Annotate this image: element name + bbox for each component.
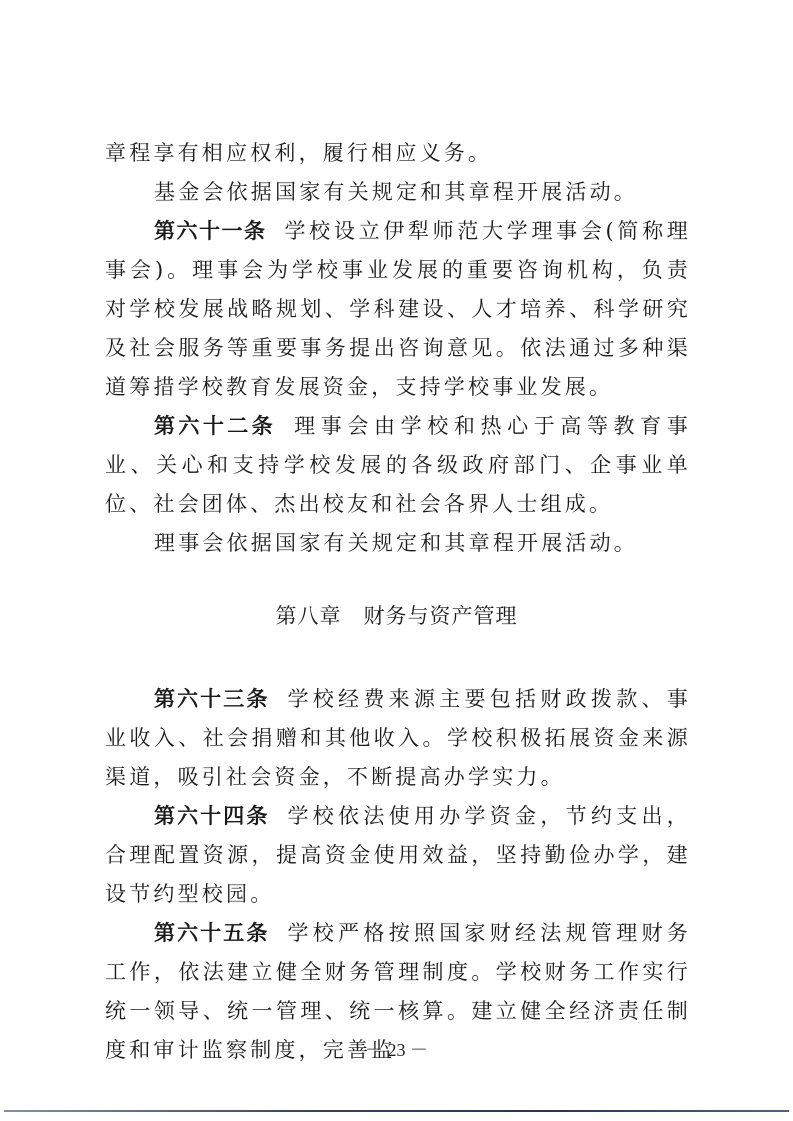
article-number: 第六十三条 <box>154 687 269 711</box>
paragraph: 基金会依据国家有关规定和其章程开展活动。 <box>105 173 691 212</box>
paragraph-text: 理事会依据国家有关规定和其章程开展活动。 <box>154 531 638 555</box>
article-text: 学校设立伊犁师范大学理事会(简称理事会)。理事会为学校事业发展的重要咨询机构，负… <box>105 219 691 399</box>
paragraph: 理事会依据国家有关规定和其章程开展活动。 <box>105 524 691 563</box>
paragraph-text: 基金会依据国家有关规定和其章程开展活动。 <box>154 180 638 204</box>
article-number: 第六十二条 <box>154 414 276 438</box>
chapter-number: 第八章 <box>276 604 342 628</box>
article-number: 第六十一条 <box>154 219 266 243</box>
article-number: 第六十四条 <box>154 804 269 828</box>
text-block-lower: 第六十三条学校经费来源主要包括财政拨款、事业收入、社会捐赠和其他收入。学校积极拓… <box>105 680 691 1070</box>
article-64: 第六十四条学校依法使用办学资金，节约支出，合理配置资源，提高资金使用效益，坚持勤… <box>105 797 691 914</box>
article-62: 第六十二条理事会由学校和热心于高等教育事业、关心和支持学校发展的各级政府部门、企… <box>105 407 691 524</box>
document-page: 章程享有相应权利，履行相应义务。 基金会依据国家有关规定和其章程开展活动。 第六… <box>0 0 793 1121</box>
article-number: 第六十五条 <box>154 921 269 945</box>
bottom-rule <box>4 1110 789 1112</box>
text-block-upper: 章程享有相应权利，履行相应义务。 基金会依据国家有关规定和其章程开展活动。 第六… <box>105 134 691 563</box>
chapter-heading: 第八章财务与资产管理 <box>0 600 793 630</box>
chapter-title: 财务与资产管理 <box>364 604 518 628</box>
article-63: 第六十三条学校经费来源主要包括财政拨款、事业收入、社会捐赠和其他收入。学校积极拓… <box>105 680 691 797</box>
paragraph: 章程享有相应权利，履行相应义务。 <box>105 134 691 173</box>
page-number: － 23 － <box>0 1036 793 1062</box>
article-61: 第六十一条学校设立伊犁师范大学理事会(简称理事会)。理事会为学校事业发展的重要咨… <box>105 212 691 407</box>
paragraph-text: 章程享有相应权利，履行相应义务。 <box>105 141 492 165</box>
